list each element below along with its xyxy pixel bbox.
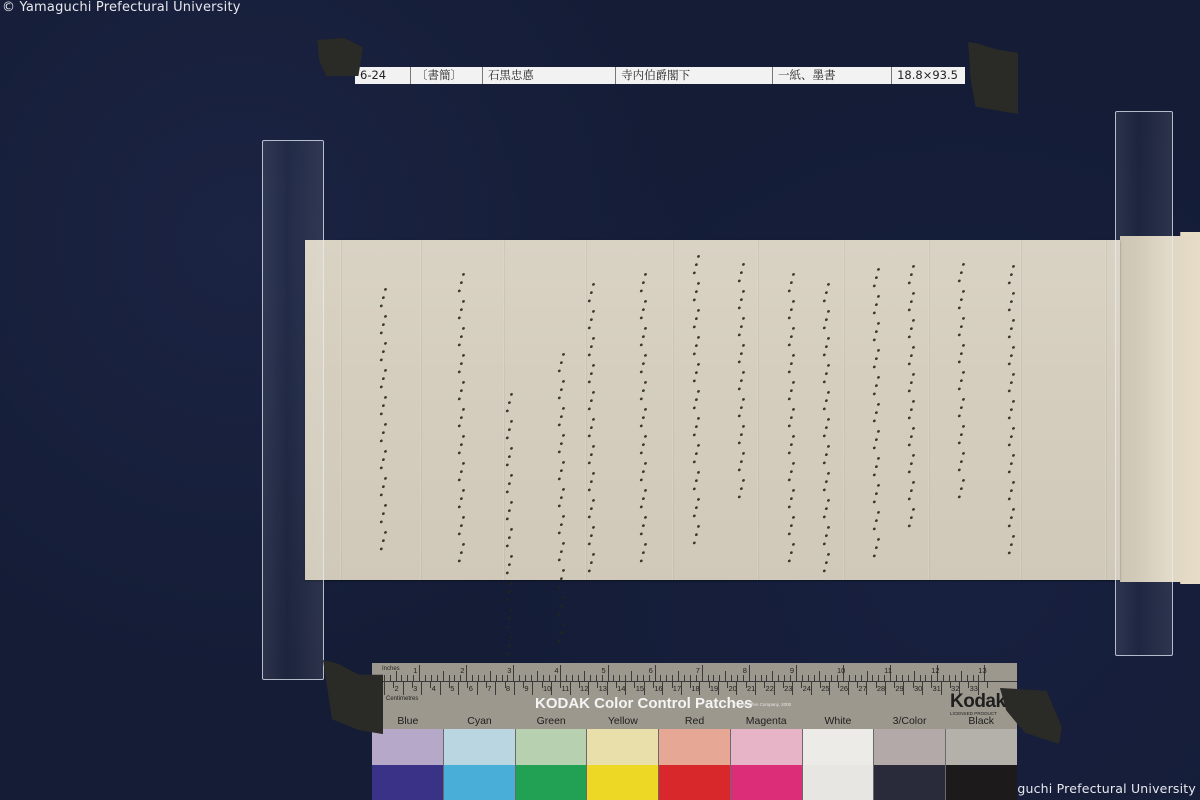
fold-line [672,240,674,580]
inch-tick [419,665,420,681]
calligraphy-column: ︙︙︙︙︙︙︙︙︙︙︙ [860,265,885,563]
inch-tick [796,665,797,681]
calligraphy-column: ︙︙︙︙︙︙︙︙︙︙︙ [545,350,570,648]
catalog-label-strip: 6-24〔書簡〕石黒忠悳寺内伯爵閣下一紙、墨書18.8×93.5 [355,67,965,84]
label-cell: 一紙、墨書 [773,67,892,84]
ruler-midline [372,681,1017,682]
inch-sub-tick [961,671,962,681]
cm-number: 17 [673,684,681,693]
ruler-inches-label: Inches [382,666,400,672]
cm-number: 10 [543,684,551,693]
acrylic-weight-right [1115,111,1173,656]
inch-sub-tick [443,671,444,681]
calligraphy-column: ︙︙︙︙︙︙︙︙︙︙︙ [810,280,835,578]
cm-tick [384,681,385,695]
inch-tick [655,665,656,681]
patch-column-black [946,729,1017,800]
cm-number: 24 [803,684,811,693]
inch-number: 7 [696,666,700,675]
inch-sub-tick [772,671,773,681]
cm-number: 23 [784,684,792,693]
patch-label: 3/Color [874,713,946,729]
cm-number: 22 [766,684,774,693]
patch-light [803,729,874,765]
inch-tick [466,665,467,681]
inch-number: 5 [602,666,606,675]
patch-dark [372,765,443,800]
cm-number: 21 [747,684,755,693]
calligraphy-column: ︙︙︙︙︙︙︙︙︙ [725,260,750,504]
patch-column-green [516,729,588,800]
patch-light [659,729,730,765]
inch-number: 2 [460,666,464,675]
patch-light [874,729,945,765]
inch-sub-tick [584,671,585,681]
cm-tick [477,681,478,695]
fold-line [1105,240,1107,580]
calligraphy-column: ︙︙︙︙︙︙︙︙︙︙︙ [627,270,652,568]
patch-column-magenta [731,729,803,800]
patch-dark [659,765,730,800]
inch-sub-tick [631,671,632,681]
calligraphy-column: ︙︙︙︙︙︙︙︙︙︙︙ [680,252,705,550]
inch-sub-tick [490,671,491,681]
cm-half-tick [987,681,988,688]
tape-top-right [968,42,1018,114]
patch-light [587,729,658,765]
patch-column-white [803,729,875,800]
kodak-color-control-chart: Inches Centimetres 123456789101112131415… [372,663,1017,800]
cm-number: 31 [933,684,941,693]
inch-number: 13 [978,666,986,675]
patch-column-3-color [874,729,946,800]
inch-tick [560,665,561,681]
cm-number: 14 [617,684,625,693]
inch-number: 12 [931,666,939,675]
patch-label: Black [945,713,1017,729]
inch-number: 11 [884,666,892,675]
cm-number: 29 [895,684,903,693]
label-cell: 18.8×93.5 [892,67,965,84]
cm-number: 16 [654,684,662,693]
cm-number: 7 [487,684,491,693]
cm-number: 5 [450,684,454,693]
patch-light [372,729,443,765]
inch-sub-tick [396,671,397,681]
patch-column-yellow [587,729,659,800]
patch-light [946,729,1017,765]
cm-number: 18 [691,684,699,693]
cm-number: 15 [636,684,644,693]
inch-sub-tick [819,671,820,681]
label-cell: 6-24 [355,67,411,84]
cm-tick [403,681,404,695]
cm-number: 30 [914,684,922,693]
cm-tick [514,681,515,695]
patch-light [444,729,515,765]
inch-number: 9 [790,666,794,675]
fold-line [420,240,422,580]
patch-label: Green [515,713,587,729]
inch-number: 4 [554,666,558,675]
patch-dark [444,765,515,800]
inch-number: 1 [413,666,417,675]
calligraphy-column: ︙︙︙︙︙︙︙︙︙︙ [367,285,392,556]
tape-top-left [317,38,363,76]
patch-light [731,729,802,765]
patch-dark [946,765,1017,800]
patch-light [516,729,587,765]
cm-number: 13 [599,684,607,693]
cm-number: 20 [728,684,736,693]
calligraphy-column: ︙︙︙︙︙︙︙︙︙︙︙ [445,270,470,568]
cm-number: 27 [858,684,866,693]
patch-labels: BlueCyanGreenYellowRedMagentaWhite3/Colo… [372,713,1017,729]
patch-dark [587,765,658,800]
calligraphy-column: ︙︙︙︙︙︙︙︙︙︙︙ [995,262,1020,560]
patch-dark [874,765,945,800]
kodak-copyright: © The Tiffen Company, 2000 [734,702,791,707]
ruler-cm-label: Centimetres [386,696,418,702]
patch-dark [803,765,874,800]
fold-line [843,240,845,580]
color-patches [372,729,1017,800]
patch-dark [731,765,802,800]
cm-number: 25 [821,684,829,693]
patch-label: Cyan [444,713,516,729]
acrylic-weight-left [262,140,324,680]
inch-sub-tick [867,671,868,681]
cm-number: 9 [524,684,528,693]
inch-sub-tick [914,671,915,681]
patch-column-red [659,729,731,800]
inch-number: 10 [837,666,845,675]
cm-number: 6 [469,684,473,693]
inch-number: 6 [649,666,653,675]
calligraphy-column: ︙︙︙︙︙︙︙︙︙︙︙ [575,280,600,578]
inch-number: 3 [507,666,511,675]
cm-number: 12 [580,684,588,693]
cm-number: 3 [413,684,417,693]
calligraphy-column: ︙︙︙︙︙︙︙︙︙︙︙ [493,390,518,688]
inch-number: 8 [743,666,747,675]
inch-tick [702,665,703,681]
cm-tick [458,681,459,695]
calligraphy-column: ︙︙︙︙︙︙︙︙︙ [945,260,970,504]
cm-tick [421,681,422,695]
cm-number: 19 [710,684,718,693]
cm-number: 2 [395,684,399,693]
fold-line [928,240,930,580]
cm-number: 26 [840,684,848,693]
cm-tick [532,681,533,695]
letter-paper: ︙︙︙︙︙︙︙︙︙︙︙︙︙︙︙︙︙︙︙︙︙︙︙︙︙︙︙︙︙︙︙︙︙︙︙︙︙︙︙︙… [305,240,1120,580]
kodak-chart-title: KODAK Color Control Patches [535,695,753,712]
label-cell: 〔書簡〕 [411,67,483,84]
calligraphy-column: ︙︙︙︙︙︙︙︙︙︙ [895,262,920,533]
inch-sub-tick [725,671,726,681]
cm-tick [440,681,441,695]
cm-number: 8 [506,684,510,693]
label-cell: 石黒忠悳 [483,67,616,84]
inch-tick [608,665,609,681]
fold-line [340,240,342,580]
cm-number: 11 [562,684,570,693]
cm-tick [495,681,496,695]
cm-tick [570,681,571,695]
patch-column-cyan [444,729,516,800]
patch-column-blue [372,729,444,800]
inch-tick [513,665,514,681]
kodak-logo: Kodak [950,691,1006,713]
inch-sub-tick [537,671,538,681]
patch-label: Red [659,713,731,729]
inch-tick [749,665,750,681]
calligraphy-column: ︙︙︙︙︙︙︙︙︙︙︙ [775,270,800,568]
label-cell: 寺内伯爵閣下 [616,67,773,84]
ruler: Inches Centimetres 123456789101112131415… [372,663,1017,729]
patch-label: White [802,713,874,729]
fold-line [757,240,759,580]
patch-dark [516,765,587,800]
copyright-watermark-top: © Yamaguchi Prefectural University [2,0,241,15]
inch-sub-tick [678,671,679,681]
patch-label: Yellow [587,713,659,729]
cm-number: 4 [432,684,436,693]
patch-label: Magenta [730,713,802,729]
cm-number: 28 [877,684,885,693]
